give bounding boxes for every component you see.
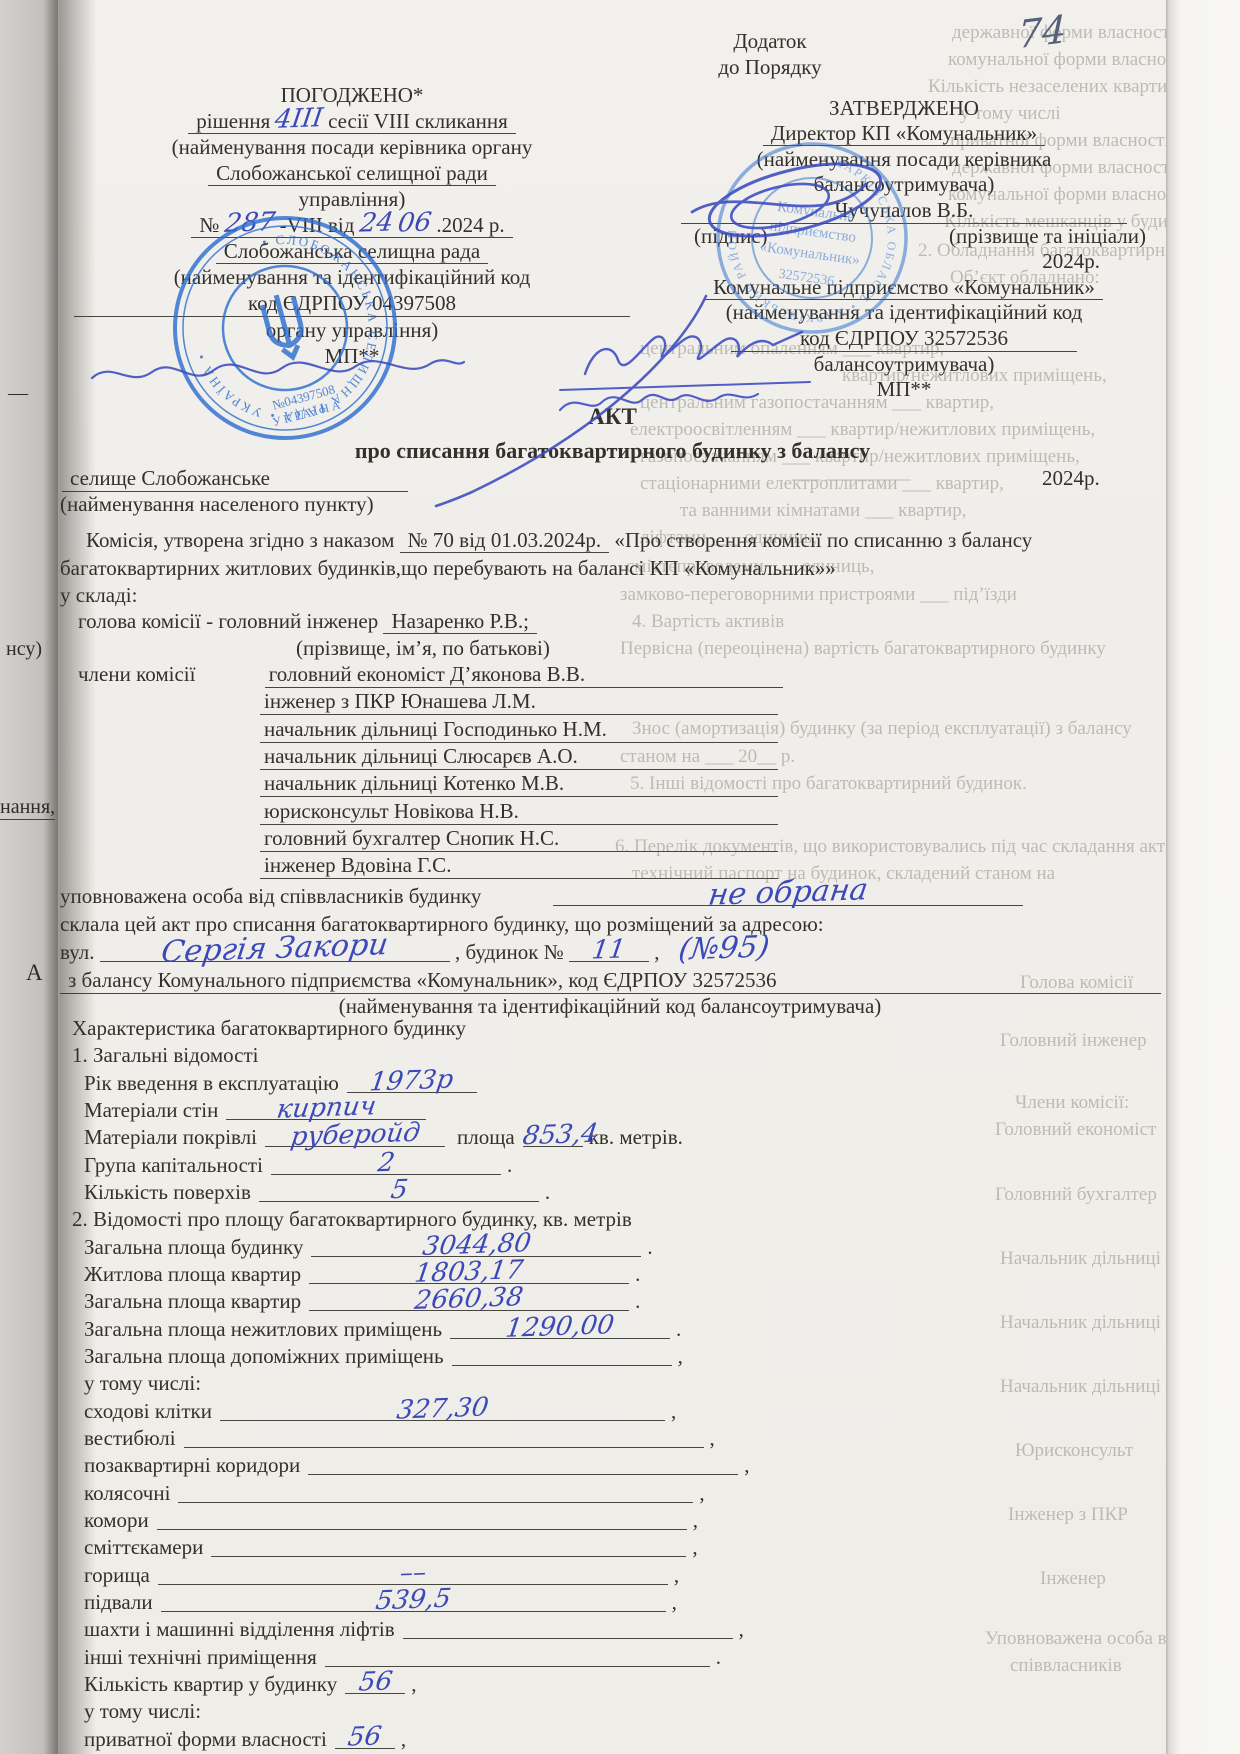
signature-left-officials	[92, 360, 464, 378]
signature-diagonal-stroke	[436, 296, 706, 506]
underlying-page-edge: нсу) нання, А —	[0, 0, 58, 1754]
scanned-act-page: державної форми власності комунальної фо…	[0, 0, 1240, 1754]
signature-secondary	[560, 394, 758, 410]
edge-text-fragment: нсу)	[6, 638, 42, 661]
handwritten-page-number: 74	[1018, 7, 1067, 57]
edge-text-fragment: А	[26, 960, 43, 986]
ink-signatures	[0, 0, 1240, 1754]
signature-director-flourish	[585, 332, 802, 374]
signature-oval-tail	[692, 184, 866, 212]
signature-oval-outer	[702, 150, 887, 251]
signature-underline	[560, 382, 810, 390]
right-page-edge	[1166, 0, 1240, 1754]
edge-text-fragment: —	[8, 382, 28, 405]
edge-text-fragment: нання,	[0, 796, 55, 820]
